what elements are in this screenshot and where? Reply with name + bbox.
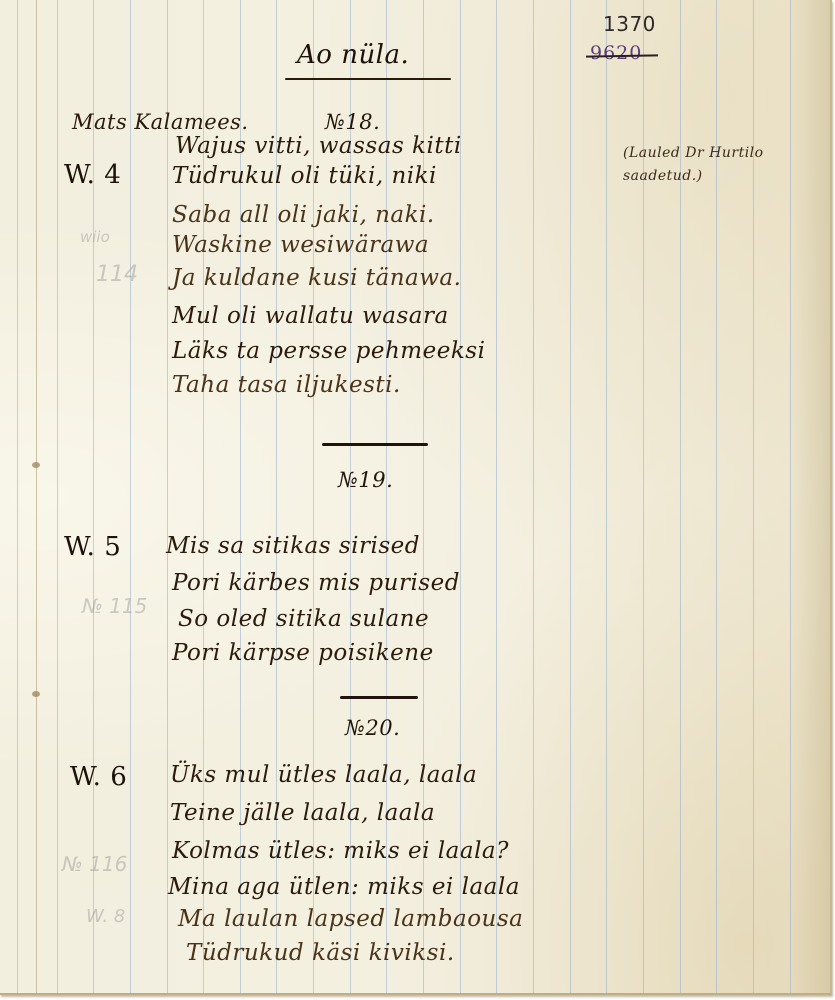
song-separator — [340, 696, 418, 699]
verse-line: Kolmas ütles: miks ei laala? — [172, 838, 509, 864]
song-separator — [322, 443, 428, 446]
pencil-mark: № 115 — [82, 594, 147, 618]
ruling-line — [533, 0, 534, 993]
pencil-mark: 114 — [96, 262, 138, 287]
verse-line: Mis sa sitikas sirised — [166, 533, 420, 559]
margin-label-w5: W. 5 — [64, 532, 121, 562]
source-note-line-2: saadetud.) — [623, 168, 703, 184]
verse-line: Ma laulan lapsed lambaousa — [178, 906, 523, 932]
page-title: Ao nüla. — [297, 40, 409, 70]
song-number-19: №19. — [338, 468, 393, 492]
verse-line: Mina aga ütlen: miks ei laala — [168, 874, 520, 900]
song-number-18: №18. — [325, 110, 380, 134]
verse-line: Tüdrukud käsi kiviksi. — [186, 940, 455, 966]
pencil-mark: № 116 — [62, 852, 127, 876]
verse-line: Pori kärpse poisikene — [172, 640, 434, 666]
archive-number: 1370 — [603, 12, 656, 36]
verse-line: Waskine wesiwärawa — [172, 232, 429, 258]
verse-line: Üks mul ütles laala, laala — [170, 762, 477, 788]
ruling-line — [606, 0, 607, 993]
ruling-line — [17, 0, 18, 993]
source-note-line-1: (Lauled Dr Hurtilo — [623, 145, 764, 161]
verse-line: Teine jälle laala, laala — [170, 800, 435, 826]
pencil-mark: W. 8 — [86, 906, 125, 927]
verse-line: Saba all oli jaki, naki. — [172, 202, 435, 228]
margin-label-w4: W. 4 — [64, 160, 121, 190]
title-underline — [285, 78, 451, 80]
singer-name: Mats Kalamees. — [72, 110, 249, 134]
verse-line: Wajus vitti, wassas kitti — [175, 133, 462, 159]
ruling-line — [57, 0, 58, 993]
verse-line: Pori kärbes mis purised — [172, 570, 460, 596]
binding-stitch-hole — [32, 691, 40, 697]
verse-line: Taha tasa iljukesti. — [172, 372, 401, 398]
verse-line: Ja kuldane kusi tänawa. — [172, 265, 461, 291]
ruling-line — [130, 0, 131, 993]
pencil-mark: wiio — [80, 228, 110, 246]
ruling-line — [167, 0, 168, 993]
crossed-out-stamp-number: 9620 — [590, 42, 642, 64]
margin-label-w6: W. 6 — [70, 762, 127, 792]
song-number-20: №20. — [345, 716, 400, 740]
manuscript-page: Ao nüla. 1370 9620 Mats Kalamees. (Laule… — [0, 0, 832, 995]
verse-line: So oled sitika sulane — [178, 606, 429, 632]
verse-line: Mul oli wallatu wasara — [172, 303, 449, 329]
ruling-line — [790, 0, 791, 993]
verse-line: Tüdrukul oli tüki, niki — [172, 163, 437, 189]
ruling-line — [93, 0, 94, 993]
verse-line: Läks ta persse pehmeeksi — [172, 338, 485, 364]
ruling-line — [570, 0, 571, 993]
binding-stitch-hole — [32, 462, 40, 468]
binding-fold-line — [36, 0, 37, 993]
